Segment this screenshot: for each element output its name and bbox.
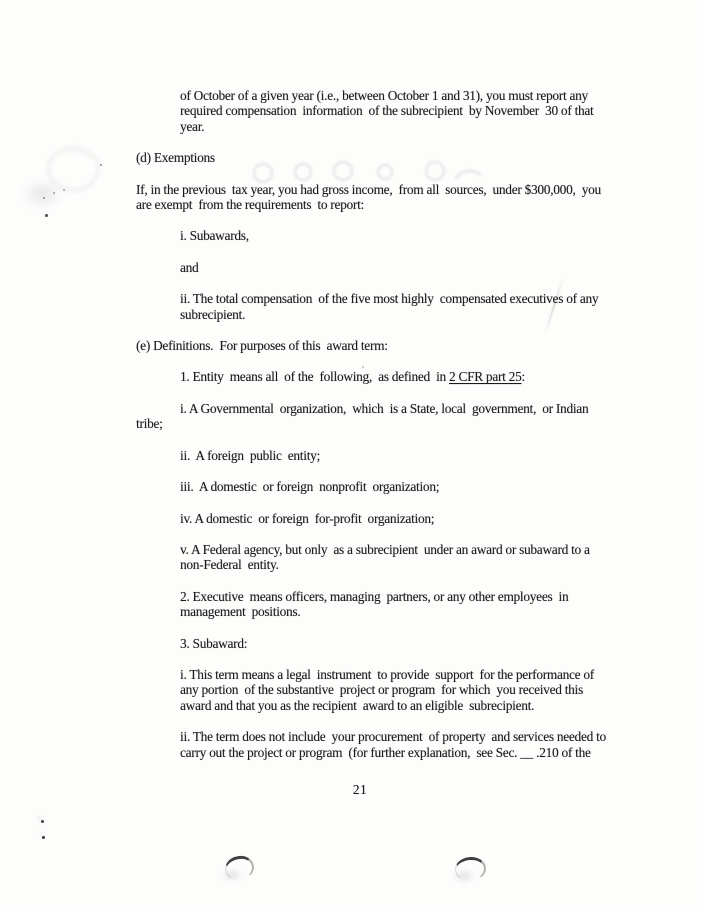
heading-definitions: (e) Definitions. For purposes of this aw… (136, 338, 681, 353)
heading-exemptions: (d) Exemptions (136, 150, 681, 165)
definition-entity-colon: : (521, 369, 524, 384)
scan-smudge-swirl (41, 139, 105, 200)
definition-entity-item-ii: ii. A foreign public entity; (180, 448, 681, 463)
definition-entity: 1. Entity means all of the following, as… (180, 369, 681, 384)
definition-entity-item-iv: iv. A domestic or foreign for-profit org… (180, 511, 681, 526)
binder-hole-shadow (220, 868, 244, 882)
scan-speck (100, 164, 102, 166)
conjunction-and: and (180, 260, 681, 275)
document-body: of October of a given year (i.e., betwee… (136, 88, 681, 776)
definition-subaward: 3. Subaward: (180, 636, 681, 651)
definition-entity-text: 1. Entity means all of the following, as… (180, 369, 449, 384)
scan-speck (45, 214, 48, 217)
definition-executive: 2. Executive means officers, managing pa… (180, 589, 681, 620)
scan-dot (42, 836, 45, 839)
list-item-subawards: i. Subawards, (180, 228, 681, 243)
scan-smudge-patch (20, 178, 64, 210)
scan-dot (41, 820, 44, 823)
scan-speck (63, 189, 65, 191)
scan-speck (43, 197, 45, 199)
page-number: 21 (336, 782, 384, 798)
scan-speck (53, 192, 55, 194)
cfr-part-25-reference: 2 CFR part 25 (449, 369, 521, 384)
binder-hole-arc (454, 856, 487, 883)
binder-hole-arc (223, 853, 256, 883)
definition-entity-item-iii: iii. A domestic or foreign nonprofit org… (180, 479, 681, 494)
scanned-document-page: of October of a given year (i.e., betwee… (0, 0, 703, 910)
definition-subaward-item-ii: ii. The term does not include your procu… (180, 729, 681, 760)
definition-entity-item-i: i. A Governmental organization, which is… (136, 401, 681, 432)
definition-subaward-item-i: i. This term means a legal instrument to… (180, 667, 681, 713)
paragraph-reporting-deadline: of October of a given year (i.e., betwee… (180, 88, 681, 134)
list-item-total-compensation: ii. The total compensation of the five m… (180, 291, 681, 322)
definition-entity-item-v: v. A Federal agency, but only as a subre… (180, 542, 681, 573)
paragraph-gross-income-exemption: If, in the previous tax year, you had gr… (136, 182, 681, 213)
binder-hole-shadow (452, 869, 476, 883)
